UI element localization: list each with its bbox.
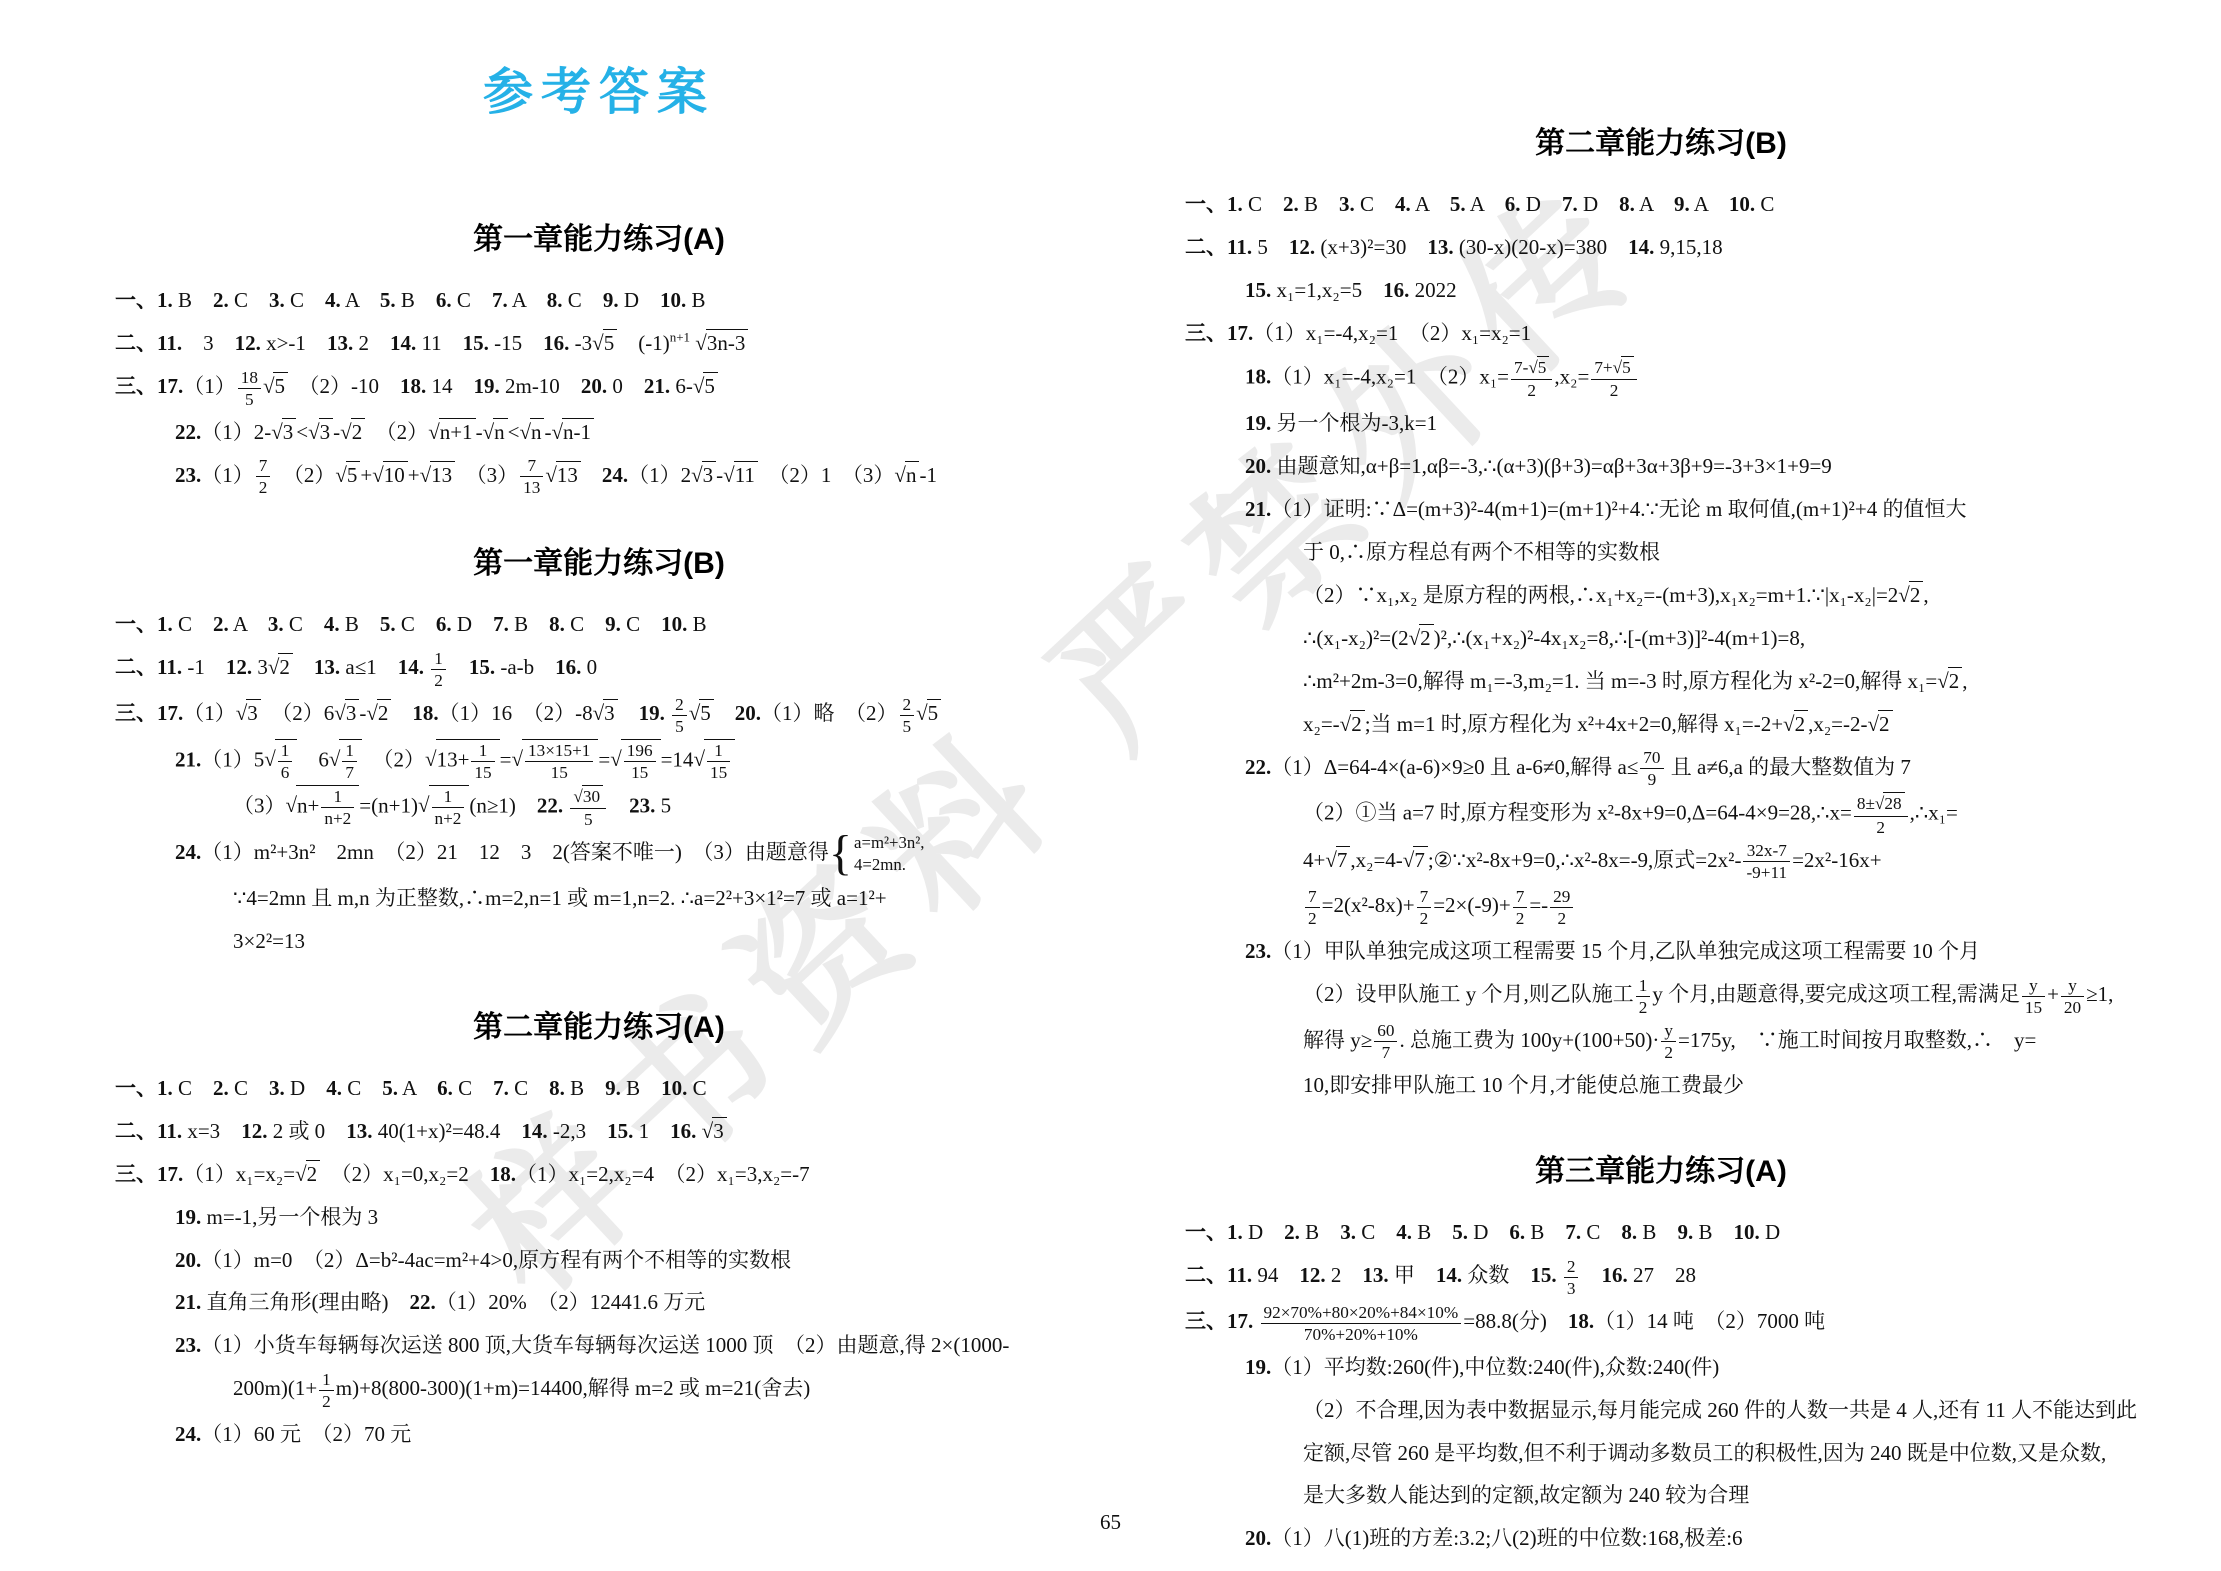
answer-line: 10,即安排甲队施工 10 个月,才能使总施工费最少 <box>1185 1065 2137 1106</box>
answer-line: （2）不合理,因为表中数据显示,每月能完成 260 件的人数一共是 4 人,还有… <box>1185 1390 2137 1431</box>
answer-line: 15. x₁=1,x₂=5 16. 2022 <box>1185 270 2137 311</box>
answer-line: 20.（1）m=0 （2）Δ=b²-4ac=m²+4>0,原方程有两个不相等的实… <box>115 1240 1083 1281</box>
section-heading: 第二章能力练习(B) <box>1185 118 2137 162</box>
answer-line: 三、17.（1）√3 （2）6√3-√2 18.（1）16 （2）-8√3 19… <box>115 693 1083 737</box>
left-column: 参考答案 第一章能力练习(A)一、1. B 2. C 3. C 4. A 5. … <box>115 0 1083 1457</box>
answer-line: 21. 直角三角形(理由略) 22.（1）20% （2）12441.6 万元 <box>115 1282 1083 1323</box>
answer-line: 一、1. C 2. A 3. C 4. B 5. C 6. D 7. B 8. … <box>115 604 1083 645</box>
answer-key-page: 样书资料 严禁外传 参考答案 第一章能力练习(A)一、1. B 2. C 3. … <box>0 0 2221 1571</box>
answer-line: 21.（1）证明:∵Δ=(m+3)²-4(m+1)=(m+1)²+4.∵无论 m… <box>1185 489 2137 530</box>
answer-line: 二、11. 94 12. 2 13. 甲 14. 众数 15. 23 16. 2… <box>1185 1255 2137 1299</box>
answer-line: 二、11. 5 12. (x+3)²=30 13. (30-x)(20-x)=3… <box>1185 227 2137 268</box>
answer-line: 于 0,∴原方程总有两个不相等的实数根 <box>1185 532 2137 573</box>
answer-line: ∴(x₁-x₂)²=(2√2)²,∴(x₁+x₂)²-4x₁x₂=8,∴[-(m… <box>1185 618 2137 659</box>
answer-line: 一、1. D 2. B 3. C 4. B 5. D 6. B 7. C 8. … <box>1185 1212 2137 1253</box>
answer-line: 24.（1）m²+3n² 2mn （2）21 12 3 2(答案不唯一) （3）… <box>115 832 1083 876</box>
answer-line: 19.（1）平均数:260(件),中位数:240(件),众数:240(件) <box>1185 1347 2137 1388</box>
answer-line: 72=2(x²-8x)+72=2×(-9)+72=-292 <box>1185 885 2137 929</box>
answer-line: 19. 另一个根为-3,k=1 <box>1185 403 2137 444</box>
answer-line: x₂=-√2;当 m=1 时,原方程化为 x²+4x+2=0,解得 x₁=-2+… <box>1185 704 2137 745</box>
answer-line: 三、17.（1）x₁=-4,x₂=1 （2）x₁=x₂=1 <box>1185 313 2137 354</box>
answer-line: 解得 y≥607. 总施工费为 100y+(100+50)·y2=175y, ∵… <box>1185 1020 2137 1064</box>
answer-line: 二、11. x=3 12. 2 或 0 13. 40(1+x)²=48.4 14… <box>115 1111 1083 1152</box>
answer-line: 23.（1）甲队单独完成这项工程需要 15 个月,乙队单独完成这项工程需要 10… <box>1185 931 2137 972</box>
answer-line: 一、1. C 2. C 3. D 4. C 5. A 6. C 7. C 8. … <box>115 1068 1083 1109</box>
answer-line: 22.（1）Δ=64-4×(a-6)×9≥0 且 a-6≠0,解得 a≤709 … <box>1185 747 2137 791</box>
answer-line: 二、11. -1 12. 3√2 13. a≤1 14. 12 15. -a-b… <box>115 647 1083 691</box>
section-heading: 第一章能力练习(B) <box>115 538 1083 582</box>
answer-line: 三、17.（1）x₁=x₂=√2 （2）x₁=0,x₂=2 18.（1）x₁=2… <box>115 1154 1083 1195</box>
section-heading: 第三章能力练习(A) <box>1185 1146 2137 1190</box>
answer-line: 23.（1）小货车每辆每次运送 800 顶,大货车每辆每次运送 1000 顶 （… <box>115 1325 1083 1366</box>
answer-line: 定额,尽管 260 是平均数,但不利于调动多数员工的积极性,因为 240 既是中… <box>1185 1433 2137 1474</box>
section-heading: 第二章能力练习(A) <box>115 1002 1083 1046</box>
answer-line: 22.（1）2-√3<√3-√2 （2）√n+1-√n<√n-√n-1 <box>115 412 1083 453</box>
section-heading: 第一章能力练习(A) <box>115 214 1083 258</box>
answer-line: （2）设甲队施工 y 个月,则乙队施工12y 个月,由题意得,要完成这项工程,需… <box>1185 974 2137 1018</box>
answer-line: 一、1. B 2. C 3. C 4. A 5. B 6. C 7. A 8. … <box>115 280 1083 321</box>
answer-line: （2）①当 a=7 时,原方程变形为 x²-8x+9=0,Δ=64-4×9=28… <box>1185 792 2137 837</box>
answer-line: （2）∵x₁,x₂ 是原方程的两根,∴x₁+x₂=-(m+3),x₁x₂=m+1… <box>1185 575 2137 616</box>
answer-line: 三、17. 92×70%+80×20%+84×10%70%+20%+10%=88… <box>1185 1301 2137 1345</box>
answer-line: ∵4=2mn 且 m,n 为正整数,∴m=2,n=1 或 m=1,n=2. ∴a… <box>115 878 1083 919</box>
answer-line: 3×2²=13 <box>115 921 1083 962</box>
answer-line: （3）√n+1n+2=(n+1)√1n+2(n≥1) 22. √305 23. … <box>115 785 1083 830</box>
answer-line: 23.（1）72 （2）√5+√10+√13 （3）713√13 24.（1）2… <box>115 455 1083 499</box>
answer-line: 一、1. C 2. B 3. C 4. A 5. A 6. D 7. D 8. … <box>1185 184 2137 225</box>
answer-line: 24.（1）60 元 （2）70 元 <box>115 1414 1083 1455</box>
answer-line: 4+√7,x₂=4-√7;②∵x²-8x+9=0,∴x²-8x=-9,原式=2x… <box>1185 840 2137 884</box>
answer-line: 21.（1）5√16 6√17 （2）√13+115=√13×15+115=√1… <box>115 739 1083 783</box>
right-column: 第二章能力练习(B)一、1. C 2. B 3. C 4. A 5. A 6. … <box>1185 0 2137 1561</box>
answer-line: 18.（1）x₁=-4,x₂=1 （2）x₁=7-√52,x₂=7+√52 <box>1185 356 2137 401</box>
answer-line: 20. 由题意知,α+β=1,αβ=-3,∴(α+3)(β+3)=αβ+3α+3… <box>1185 446 2137 487</box>
answer-line: 200m)(1+12m)+8(800-300)(1+m)=14400,解得 m=… <box>115 1368 1083 1412</box>
left-sections: 第一章能力练习(A)一、1. B 2. C 3. C 4. A 5. B 6. … <box>115 214 1083 1455</box>
answer-line: 三、17.（1）185√5 （2）-10 18. 14 19. 2m-10 20… <box>115 366 1083 410</box>
answer-line: 二、11. 3 12. x>-1 13. 2 14. 11 15. -15 16… <box>115 323 1083 364</box>
right-sections: 第二章能力练习(B)一、1. C 2. B 3. C 4. A 5. A 6. … <box>1185 118 2137 1559</box>
answer-line: 19. m=-1,另一个根为 3 <box>115 1197 1083 1238</box>
page-title: 参考答案 <box>115 52 1083 124</box>
answer-line: ∴m²+2m-3=0,解得 m₁=-3,m₂=1. 当 m=-3 时,原方程化为… <box>1185 661 2137 702</box>
page-number: 65 <box>0 1510 2221 1535</box>
